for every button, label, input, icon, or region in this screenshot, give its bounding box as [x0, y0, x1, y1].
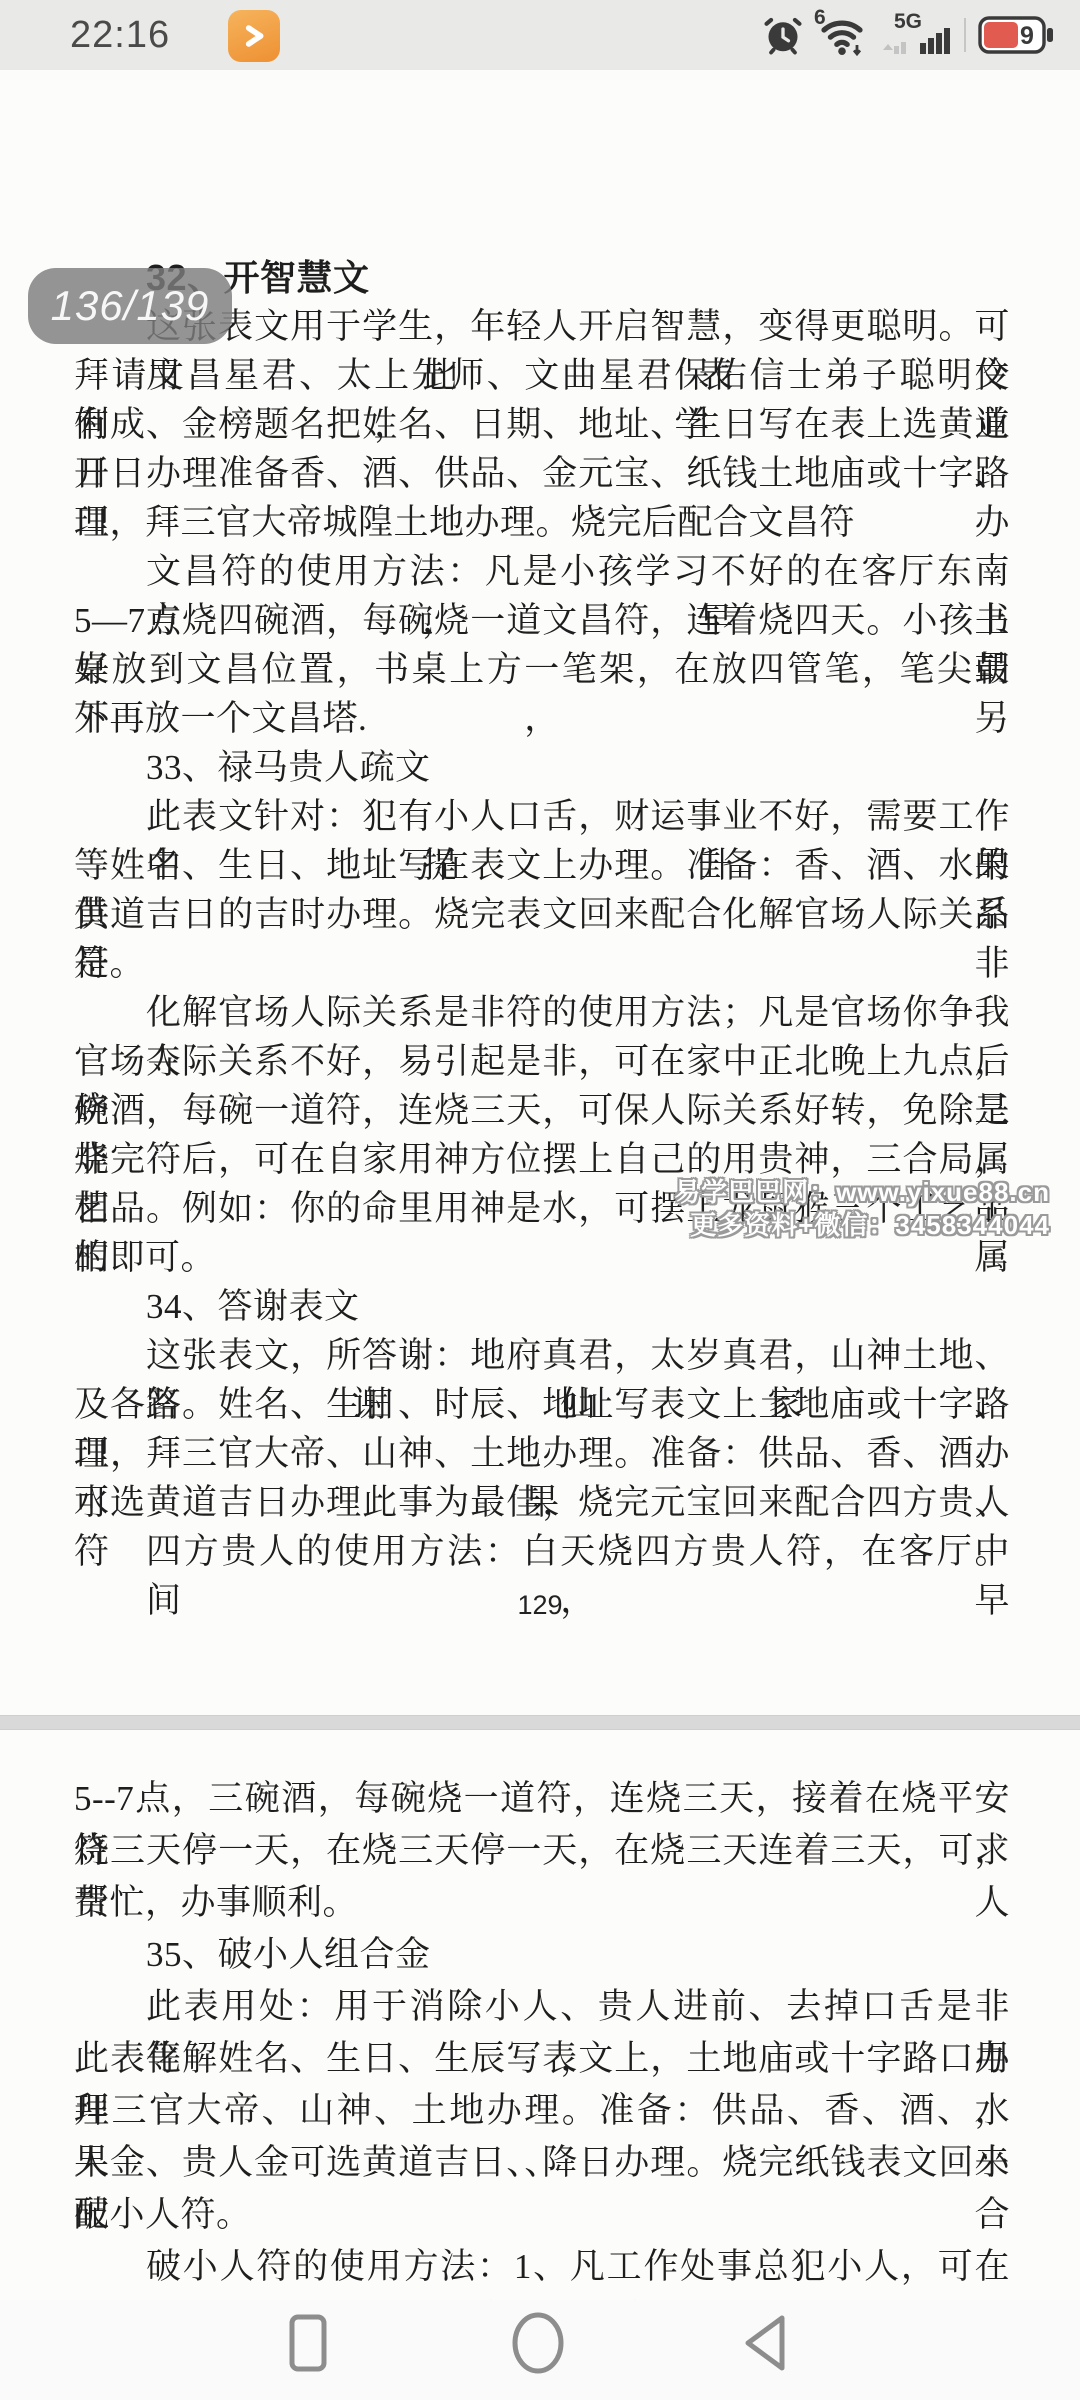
watermark-line1: 易学巴巴网：www.yixue88.cn: [674, 1176, 1050, 1209]
status-icons: 6 5G 9: [762, 0, 1058, 70]
text-line: 此表文针对：犯有小人口舌，财运事业不好，需要工作中提升的: [74, 792, 1010, 841]
page-indicator-label: 136/139: [51, 282, 210, 330]
android-nav-bar: [0, 2300, 1080, 2400]
recents-button[interactable]: [281, 2312, 335, 2376]
play-chevron-icon: [238, 20, 270, 52]
battery-icon: 9: [978, 13, 1058, 57]
text-line: 可选黄道吉日办理此事为最佳，烧完元宝回来配合四方贵人符。: [74, 1478, 1010, 1527]
cellular-signal-icon: 5G: [880, 10, 952, 60]
text-line: 官场人际关系不好，易引起是非，可在家中正北晚上九点后烧三: [74, 1037, 1010, 1086]
text-line: 35、破小人组合金: [74, 1929, 1010, 1981]
back-button[interactable]: [740, 2312, 794, 2376]
wifi-icon: 6: [816, 10, 868, 60]
text-line: 人金、贵人金可选黄道吉日、降日办理。烧完纸钱表文回来配合: [74, 2137, 1010, 2189]
text-line: 黄道吉日的吉时办理。烧完表文回来配合化解官场人际关系是非: [74, 890, 1010, 939]
text-line: 及各路。姓名、生日、时辰、地址写表文上土地庙或十字路口办: [74, 1380, 1010, 1429]
clock-time: 22:16: [70, 14, 170, 57]
page-separator: [0, 1715, 1080, 1730]
wifi-badge: 6: [814, 6, 826, 30]
alarm-icon: [762, 13, 804, 57]
text-line: 34、答谢表文: [74, 1282, 1010, 1331]
page-number: 129: [0, 1590, 1080, 1621]
text-line: 这张表文，所答谢：地府真君，太岁真君，山神土地、答谢仙家、: [74, 1331, 1010, 1380]
watermark-line2: 更多资料+微信：3458344044: [674, 1209, 1050, 1242]
text-line: 好放到文昌位置，书桌上方一笔架，在放四管笔，笔尖朝下，另: [74, 645, 1010, 694]
text-line: 四方贵人的使用方法：白天烧四方贵人符，在客厅中间，早: [74, 1527, 1010, 1576]
text-line: 此表化解姓名、生日、生辰写表文上，土地庙或十字路口办理，: [74, 2033, 1010, 2085]
text-line: 5--7点，三碗酒，每碗烧一道符，连烧三天，接着在烧平安符，: [74, 1773, 1010, 1825]
battery-percent-label: 9: [1020, 22, 1034, 50]
status-bar: 22:16 6 5G: [0, 0, 1080, 70]
text-line: 等姓名、生日、地址写在表文上办理。准备：香、酒、水果供品: [74, 841, 1010, 890]
notification-app-icon: [228, 10, 280, 62]
text-line: 碗酒，每碗一道符，连烧三天，可保人际关系好转，免除是非，: [74, 1086, 1010, 1135]
text-line: 拜请文昌星君、太上先师、文曲星君保佑信士弟子聪明伶俐，学业: [74, 351, 1010, 400]
page1-text: 32、开智慧文这张表文用于学生，年轻人开启智慧，变得更聪明。可用此表文拜请文昌星…: [74, 253, 1010, 1576]
status-divider: [964, 18, 966, 52]
text-line: 化解官场人际关系是非符的使用方法；凡是官场你争我夺，: [74, 988, 1010, 1037]
text-line: 有成、金榜题名把姓名、日期、地址、生日写在表上选黄道日、: [74, 400, 1010, 449]
text-line: 此表用处：用于消除小人、贵人进前、去掉口舌是非等，用: [74, 1981, 1010, 2033]
home-button[interactable]: [511, 2312, 565, 2376]
page-indicator-pill: 136/139: [28, 268, 232, 344]
network-type-label: 5G: [894, 10, 922, 33]
text-line: 拜三官大帝、山神、土地办理。准备：供品、香、酒、水果、小: [74, 2085, 1010, 2137]
text-line: 33、禄马贵人疏文: [74, 743, 1010, 792]
text-line: 烧三天停一天，在烧三天停一天，在烧三天连着三天，可求贵人: [74, 1825, 1010, 1877]
text-line: 开日办理准备香、酒、供品、金元宝、纸钱土地庙或十字路口办: [74, 449, 1010, 498]
watermark: 易学巴巴网：www.yixue88.cn 更多资料+微信：3458344044: [674, 1176, 1050, 1242]
text-line: 文昌符的使用方法：凡是小孩学习不好的在客厅东南方，早上: [74, 547, 1010, 596]
text-line: 破小人符的使用方法：1、凡工作处事总犯小人，可在家中正: [74, 2241, 1010, 2293]
text-line: 5—7点烧四碗酒，每碗烧一道文昌符，连着烧四天。小孩书桌最: [74, 596, 1010, 645]
text-line: 理，拜三官大帝、山神、土地办理。准备：供品、香、酒、水果、: [74, 1429, 1010, 1478]
